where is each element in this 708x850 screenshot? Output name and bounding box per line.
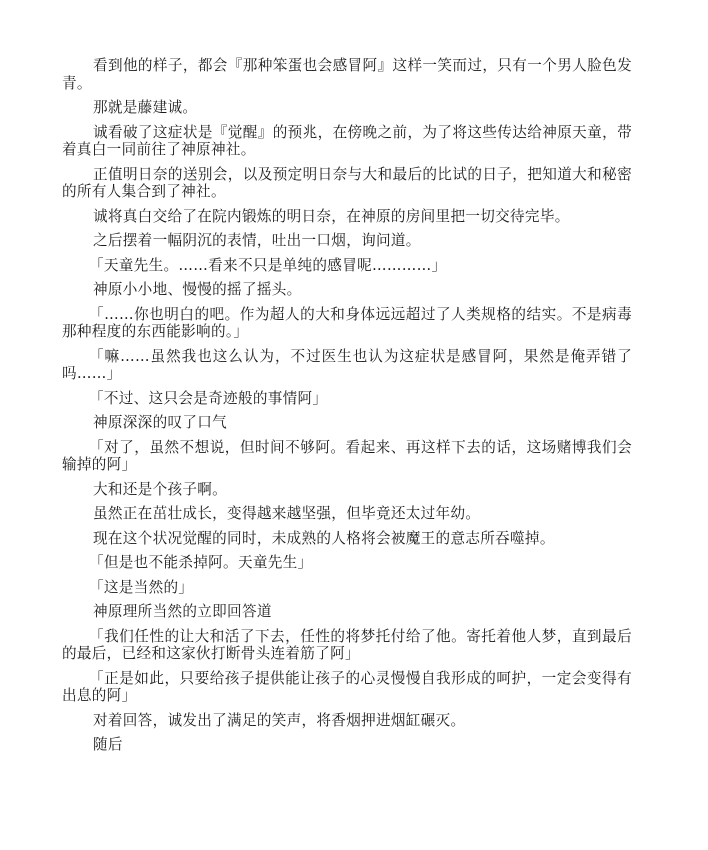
paragraph-2: 那就是藤建诚。 [62,99,632,117]
paragraph-8: 神原小小地、慢慢的摇了摇头。 [62,281,632,299]
dialogue-line-6: 「但是也不能杀掉阿。天童先生」 [62,554,632,572]
document-page: 看到他的样子，都会『那种笨蛋也会感冒阿』这样一笑而过，只有一个男人脸色发青。 那… [62,57,632,761]
dialogue-line-1: 「天童先生。……看来不只是单纯的感冒呢…………」 [62,257,632,275]
paragraph-1: 看到他的样子，都会『那种笨蛋也会感冒阿』这样一笑而过，只有一个男人脸色发青。 [62,57,632,92]
paragraph-6: 之后摆着一幅阴沉的表情，吐出一口烟，询问道。 [62,232,632,250]
dialogue-line-9: 「正是如此，只要给孩子提供能让孩子的心灵慢慢自我形成的呵护，一定会变得有出息的阿… [62,670,632,705]
paragraph-19: 神原理所当然的立即回答道 [62,603,632,621]
dialogue-line-3: 「嘛……虽然我也这么认为，不过医生也认为这症状是感冒阿，果然是俺弄错了吗……」 [62,348,632,383]
dialogue-line-4: 「不过、这只会是奇迹般的事情阿」 [62,390,632,408]
paragraph-15: 虽然正在茁壮成长，变得越来越坚强，但毕竟还太过年幼。 [62,505,632,523]
paragraph-12: 神原深深的叹了口气 [62,414,632,432]
paragraph-23: 随后 [62,736,632,754]
paragraph-14: 大和还是个孩子啊。 [62,481,632,499]
paragraph-22: 对着回答，诚发出了满足的笑声，将香烟押进烟缸碾灭。 [62,712,632,730]
dialogue-line-2: 「……你也明白的吧。作为超人的大和身体远远超过了人类规格的结实。不是病毒那种程度… [62,306,632,341]
paragraph-16: 现在这个状况觉醒的同时，未成熟的人格将会被魔王的意志所吞噬掉。 [62,530,632,548]
dialogue-line-8: 「我们任性的让大和活了下去，任性的将梦托付给了他。寄托着他人梦，直到最后的最后，… [62,628,632,663]
paragraph-5: 诚将真白交给了在院内锻炼的明日奈，在神原的房间里把一切交待完毕。 [62,208,632,226]
paragraph-4: 正值明日奈的送别会，以及预定明日奈与大和最后的比试的日子，把知道大和秘密的所有人… [62,166,632,201]
dialogue-line-7: 「这是当然的」 [62,579,632,597]
dialogue-line-5: 「对了，虽然不想说，但时间不够阿。看起来、再这样下去的话，这场赌博我们会输掉的阿… [62,439,632,474]
paragraph-3: 诚看破了这症状是『觉醒』的预兆，在傍晚之前，为了将这些传达给神原天童，带着真白一… [62,124,632,159]
